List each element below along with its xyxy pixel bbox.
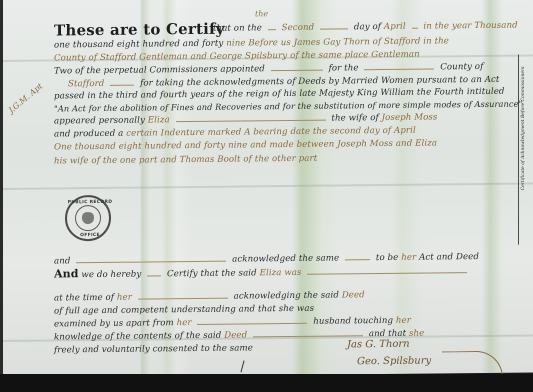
- side-caption: Certificate of Acknowledgment Before Com…: [521, 67, 526, 191]
- text-line-date: that on the Second day of April in the y…: [213, 21, 518, 34]
- scan-bottom-shadow: [0, 374, 533, 392]
- text-line-commissioners: County of Stafford Gentleman and George …: [54, 50, 420, 64]
- crest-icon: [75, 205, 101, 231]
- fold-line: [2, 182, 533, 190]
- text-line-at-time: at the time of her acknowledging the sai…: [54, 290, 365, 303]
- text-line-produced: and produced a certain Indenture marked …: [54, 126, 416, 140]
- text-line-parties: his wife of the one part and Thomas Bool…: [54, 154, 317, 167]
- tick-mark: [240, 361, 244, 373]
- text-line-examined: examined by us apart from her husband to…: [54, 316, 411, 330]
- side-rule: [518, 55, 519, 245]
- text-line-made-between: One thousand eight hundred and forty nin…: [54, 138, 437, 152]
- signature-thorn: Jas G. Thorn: [347, 339, 410, 351]
- certificate-heading: These are to Certify: [54, 20, 225, 40]
- signature-spilsbury: Geo. Spilsbury: [357, 356, 431, 368]
- scan-edge: [0, 0, 3, 392]
- text-line-appeared: appeared personally Eliza the wife of Jo…: [54, 112, 437, 126]
- corner-mark: the: [255, 9, 268, 18]
- text-line-freely: freely and voluntarily consented to the …: [54, 343, 253, 355]
- public-record-office-stamp: PUBLIC RECORD OFFICE: [65, 195, 111, 241]
- text-line-act-title: "An Act for the abolition of Fines and R…: [54, 99, 522, 114]
- text-line-appointed: Two of the perpetual Commissioners appoi…: [54, 62, 483, 76]
- text-line-full-age: of full age and competent understanding …: [54, 304, 314, 317]
- document-page: the These are to Certify that on the Sec…: [2, 0, 533, 378]
